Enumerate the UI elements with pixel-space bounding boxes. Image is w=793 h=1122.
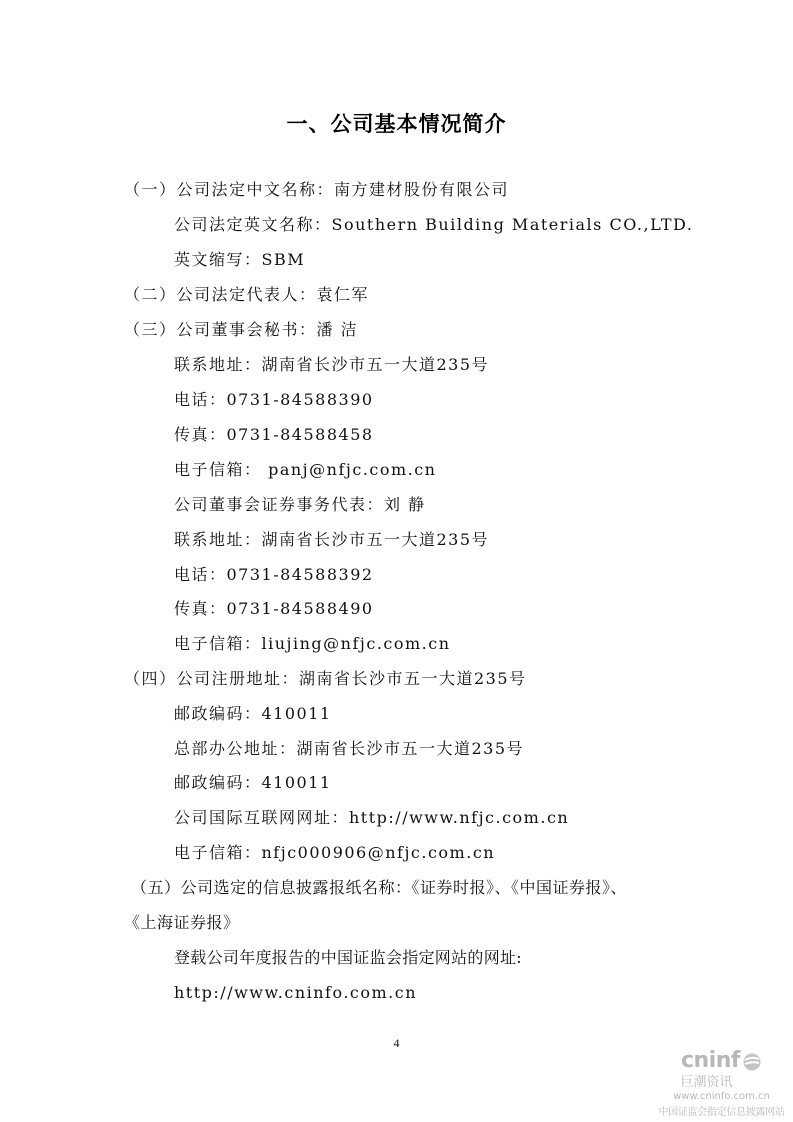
- line-secretary-fax: 传真：0731-84588458: [174, 425, 374, 445]
- watermark-brand-cn: 巨潮资讯: [620, 1071, 793, 1090]
- line-board-secretary: （三）公司董事会秘书：潘 洁: [124, 320, 358, 340]
- line-secretary-email: 电子信箱： panj@nfjc.com.cn: [174, 460, 437, 480]
- line-rep-phone: 电话：0731-84588392: [174, 565, 374, 585]
- cninfo-watermark: cninf 巨潮资讯 www.cninfo.com.cn 中国证监会指定信息披露…: [650, 1048, 793, 1118]
- line-rep-address: 联系地址：湖南省长沙市五一大道235号: [174, 530, 489, 550]
- line-secretary-phone: 电话：0731-84588390: [174, 390, 374, 410]
- watermark-slogan: 中国证监会指定信息披露网站: [650, 1103, 793, 1118]
- line-website: 公司国际互联网网址：http://www.nfjc.com.cn: [174, 808, 569, 828]
- line-legal-cn-name: （一）公司法定中文名称：南方建材股份有限公司: [124, 180, 509, 200]
- watermark-url: www.cninfo.com.cn: [650, 1091, 793, 1102]
- line-disclosure-newspapers: （五）公司选定的信息披露报纸名称：《证券时报》、《中国证券报》、: [131, 878, 627, 898]
- line-legal-rep: （二）公司法定代表人：袁仁军: [124, 285, 369, 305]
- watermark-brand: cninf: [650, 1048, 793, 1073]
- line-secretary-address: 联系地址：湖南省长沙市五一大道235号: [174, 355, 489, 375]
- line-postcode-1: 邮政编码：410011: [174, 704, 332, 724]
- line-securities-rep: 公司董事会证券事务代表：刘 静: [174, 495, 426, 515]
- line-csrc-site-label: 登载公司年度报告的中国证监会指定网站的网址:: [174, 948, 522, 968]
- line-rep-fax: 传真：0731-84588490: [174, 599, 374, 619]
- cninfo-logo-icon: [742, 1052, 762, 1070]
- line-csrc-site-url: http://www.cninfo.com.cn: [174, 983, 417, 1003]
- line-disclosure-newspapers-cont: 《上海证券报》: [124, 913, 240, 933]
- line-en-abbr: 英文缩写：SBM: [174, 250, 305, 270]
- line-legal-en-name: 公司法定英文名称：Southern Building Materials CO.…: [174, 215, 693, 235]
- line-registered-address: （四）公司注册地址：湖南省长沙市五一大道235号: [124, 669, 527, 689]
- line-company-email: 电子信箱：nfjc000906@nfjc.com.cn: [174, 843, 495, 863]
- line-rep-email: 电子信箱：liujing@nfjc.com.cn: [174, 634, 451, 654]
- line-hq-address: 总部办公地址：湖南省长沙市五一大道235号: [174, 739, 524, 759]
- line-postcode-2: 邮政编码：410011: [174, 773, 332, 793]
- section-title: 一、公司基本情况简介: [0, 108, 793, 138]
